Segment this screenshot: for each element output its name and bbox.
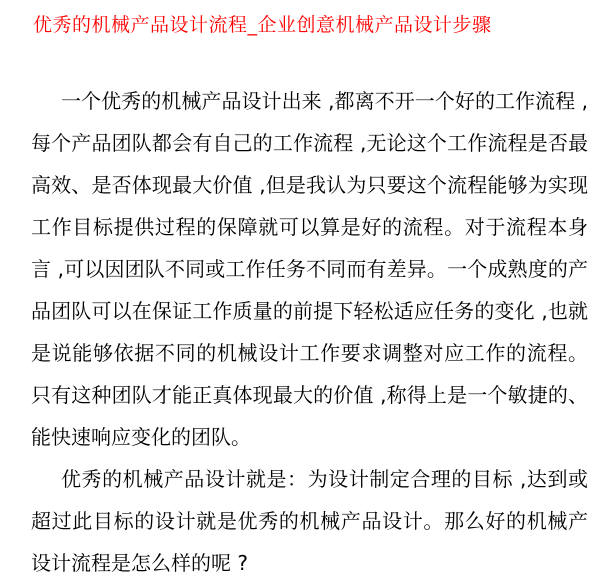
body-line: 设计流程是怎么样的呢 ? xyxy=(31,542,588,579)
body-line: 能快速响应变化的团队。 xyxy=(31,416,588,458)
document-page: 优秀的机械产品设计流程_企业创意机械产品设计步骤 一个优秀的机械产品设计出来 ,… xyxy=(0,0,615,579)
body-line: 品团队可以在保证工作质量的前提下轻松适应任务的变化 ,也就 xyxy=(31,290,588,332)
body-line: 工作目标提供过程的保障就可以算是好的流程。对于流程本身而 xyxy=(31,206,588,248)
body-line: 是说能够依据不同的机械设计工作要求调整对应工作的流程。也 xyxy=(31,332,588,374)
body-line: 只有这种团队才能正真体现最大的价值 ,称得上是一个敏捷的、 xyxy=(31,374,588,416)
body-line: 一个优秀的机械产品设计出来 ,都离不开一个好的工作流程 , xyxy=(31,80,588,122)
body-line: 每个产品团队都会有自己的工作流程 ,无论这个工作流程是否最 xyxy=(31,122,588,164)
article-title: 优秀的机械产品设计流程_企业创意机械产品设计步骤 xyxy=(33,10,492,37)
body-line: 言 ,可以因团队不同或工作任务不同而有差异。一个成熟度的产 xyxy=(31,248,588,290)
paragraph-2: 优秀的机械产品设计就是：为设计制定合理的目标 ,达到或 超过此目标的设计就是优秀… xyxy=(31,458,588,579)
body-line: 超过此目标的设计就是优秀的机械产品设计。那么好的机械产品 xyxy=(31,500,588,542)
paragraph-1: 一个优秀的机械产品设计出来 ,都离不开一个好的工作流程 , 每个产品团队都会有自… xyxy=(31,80,588,458)
body-line: 优秀的机械产品设计就是：为设计制定合理的目标 ,达到或 xyxy=(31,458,588,500)
article-body: 一个优秀的机械产品设计出来 ,都离不开一个好的工作流程 , 每个产品团队都会有自… xyxy=(31,80,588,579)
body-line: 高效、是否体现最大价值 ,但是我认为只要这个流程能够为实现 xyxy=(31,164,588,206)
